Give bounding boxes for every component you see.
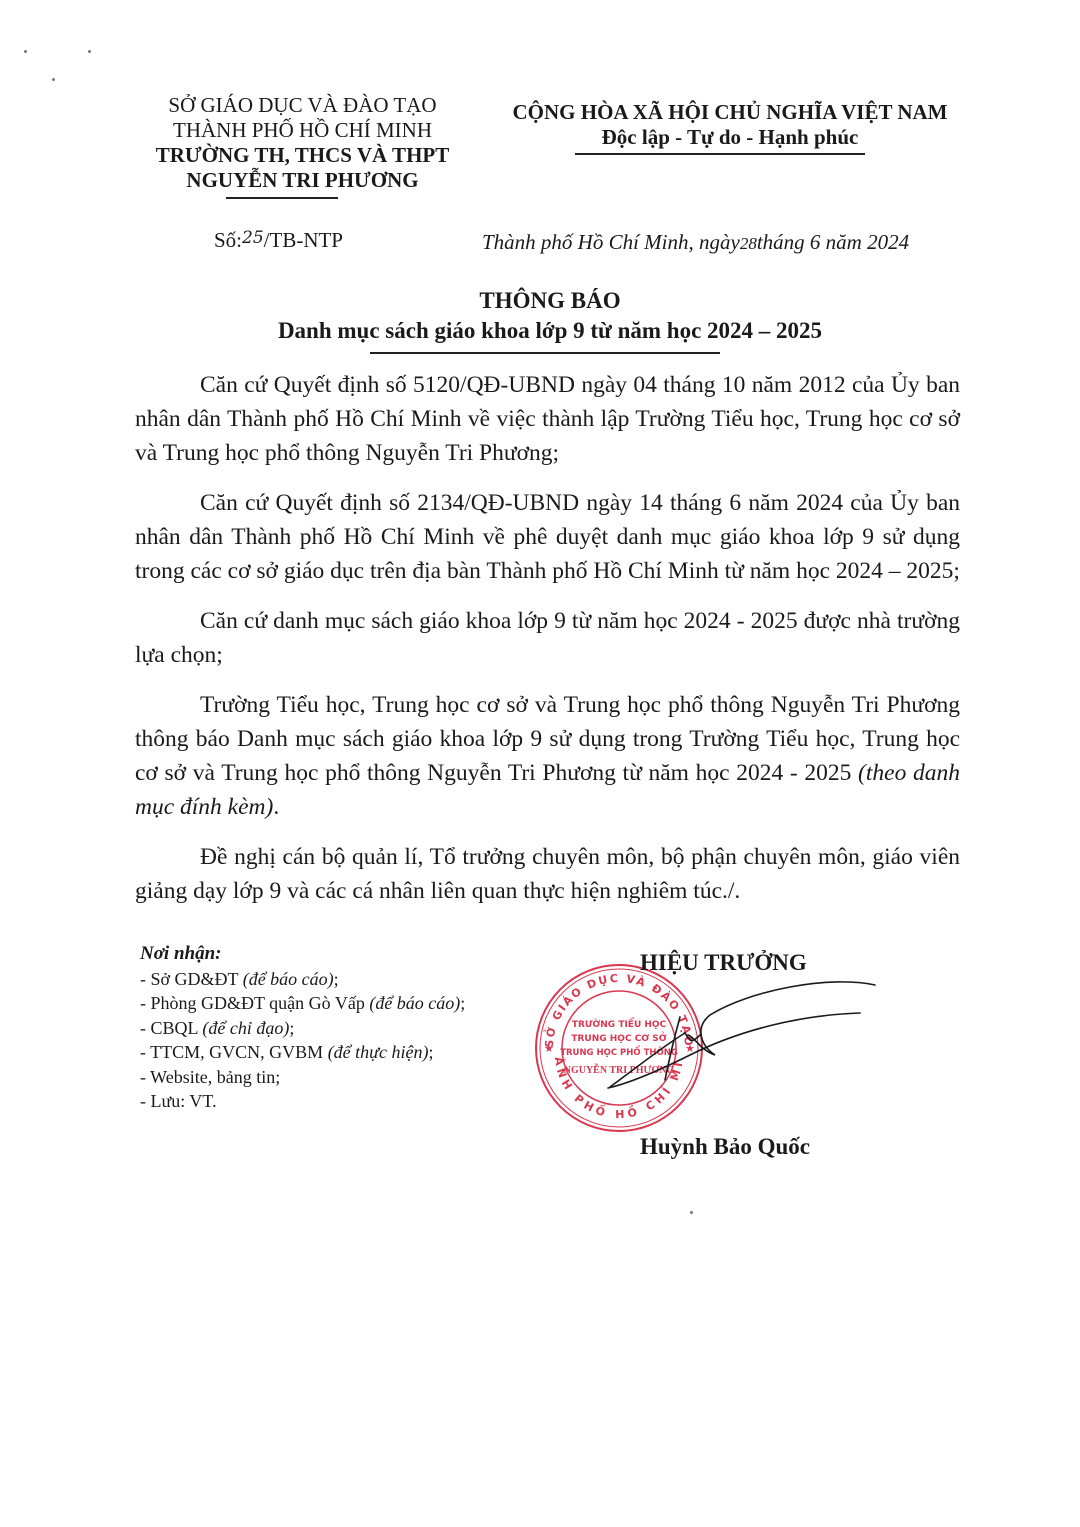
subtitle-underline [370, 352, 720, 354]
signatory-name: Huỳnh Bảo Quốc [640, 1134, 810, 1160]
svg-text:★: ★ [544, 1042, 554, 1055]
handwritten-number: 25 [242, 228, 264, 248]
recipient-item: - Website, bảng tin; [140, 1065, 465, 1090]
document-number: Số:25/TB-NTP [214, 228, 343, 253]
school-name-line2: NGUYỄN TRI PHƯƠNG [130, 168, 475, 193]
document-date: Thành phố Hồ Chí Minh, ngày28tháng 6 năm… [482, 230, 909, 255]
department-name: SỞ GIÁO DỤC VÀ ĐÀO TẠO [130, 93, 475, 118]
recipients-label: Nơi nhận: [140, 942, 465, 967]
city-name: THÀNH PHỐ HỒ CHÍ MINH [130, 118, 475, 143]
school-name-line1: TRƯỜNG TH, THCS VÀ THPT [130, 143, 475, 168]
left-header-underline [226, 197, 338, 199]
country-name: CỘNG HÒA XÃ HỘI CHỦ NGHĨA VIỆT NAM [480, 100, 980, 125]
recipient-item: - CBQL (để chỉ đạo); [140, 1016, 465, 1041]
national-header: CỘNG HÒA XÃ HỘI CHỦ NGHĨA VIỆT NAM Độc l… [480, 100, 980, 150]
recipients-list: Nơi nhận: - Sở GD&ĐT (để báo cáo); - Phò… [140, 942, 465, 1114]
paragraph-legal-basis-2: Căn cứ Quyết định số 2134/QĐ-UBND ngày 1… [135, 486, 960, 588]
paragraph-request: Đề nghị cán bộ quản lí, Tổ trưởng chuyên… [135, 840, 960, 908]
recipient-item: - Phòng GD&ĐT quận Gò Vấp (để báo cáo); [140, 991, 465, 1016]
motto-underline [575, 153, 865, 155]
recipient-item: - Lưu: VT. [140, 1089, 465, 1114]
scan-speck [88, 50, 91, 53]
paragraph-legal-basis-3: Căn cứ danh mục sách giáo khoa lớp 9 từ … [135, 604, 960, 672]
recipient-item: - Sở GD&ĐT (để báo cáo); [140, 967, 465, 992]
recipient-item: - TTCM, GVCN, GVBM (để thực hiện); [140, 1040, 465, 1065]
signature-icon [600, 975, 880, 1125]
document-title: THÔNG BÁO [0, 288, 1080, 314]
issuing-authority-header: SỞ GIÁO DỤC VÀ ĐÀO TẠO THÀNH PHỐ HỒ CHÍ … [130, 93, 475, 193]
signatory-title: HIỆU TRƯỞNG [640, 950, 807, 976]
document-subtitle: Danh mục sách giáo khoa lớp 9 từ năm học… [0, 318, 1080, 344]
scan-speck [690, 1211, 693, 1214]
document-body: Căn cứ Quyết định số 5120/QĐ-UBND ngày 0… [135, 368, 960, 924]
handwritten-day: 28 [740, 234, 757, 253]
paragraph-legal-basis-1: Căn cứ Quyết định số 5120/QĐ-UBND ngày 0… [135, 368, 960, 470]
national-motto: Độc lập - Tự do - Hạnh phúc [480, 125, 980, 150]
scan-speck [52, 78, 55, 81]
paragraph-announcement: Trường Tiểu học, Trung học cơ sở và Trun… [135, 688, 960, 824]
scan-speck [24, 50, 27, 53]
